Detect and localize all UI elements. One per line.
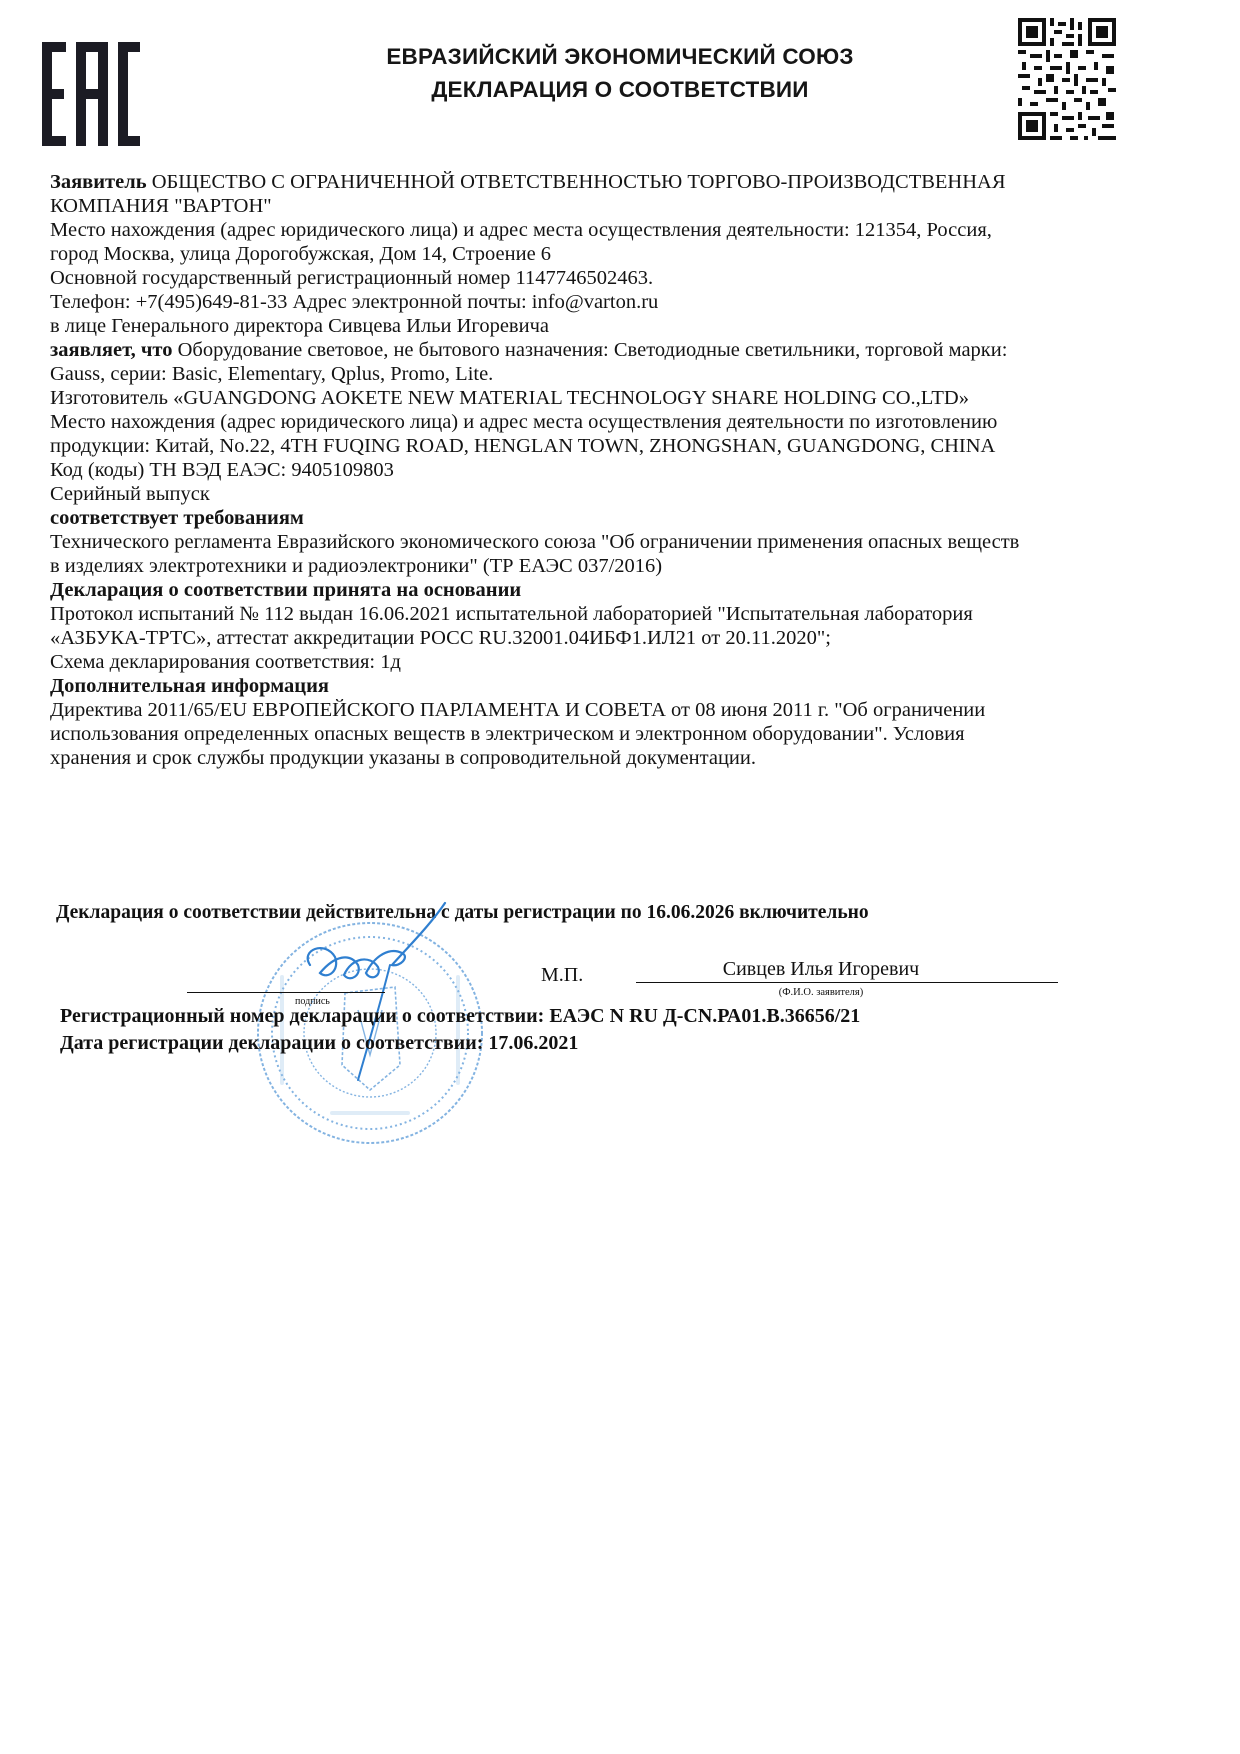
validity-statement: Декларация о соответствии действительна … <box>56 902 869 924</box>
applicant-representative: в лице Генерального директора Сивцева Ил… <box>50 314 1170 338</box>
basis-heading: Декларация о соответствии принята на осн… <box>50 578 1170 602</box>
basis-protocol-cont: «АЗБУКА-ТРТС», аттестат аккредитации РОС… <box>50 626 1170 650</box>
product-description: Оборудование световое, не бытового назна… <box>172 339 1007 361</box>
applicant-contacts: Телефон: +7(495)649-81-33 Адрес электрон… <box>50 290 1170 314</box>
signer-name: Сивцев Илья Игоревич <box>636 958 1006 981</box>
registration-date: Дата регистрации декларации о соответств… <box>60 1032 578 1055</box>
applicant-label: Заявитель <box>50 171 147 193</box>
signer-label: (Ф.И.О. заявителя) <box>636 987 1006 998</box>
hs-code: Код (коды) ТН ВЭД ЕАЭС: 9405109803 <box>50 458 1170 482</box>
signer-name-line <box>636 982 1058 983</box>
production-type: Серийный выпуск <box>50 482 1170 506</box>
document-header: ЕВРАЗИЙСКИЙ ЭКОНОМИЧЕСКИЙ СОЮЗ ДЕКЛАРАЦИ… <box>320 40 920 106</box>
applicant-address-cont: город Москва, улица Дорогобужская, Дом 1… <box>50 242 1170 266</box>
eac-logo-icon <box>42 42 140 146</box>
applicant-line: Заявитель ОБЩЕСТВО С ОГРАНИЧЕННОЙ ОТВЕТС… <box>50 170 1170 194</box>
compliance-text: Технического регламента Евразийского эко… <box>50 530 1170 554</box>
additional-text-end: хранения и срок службы продукции указаны… <box>50 746 1170 770</box>
basis-protocol: Протокол испытаний № 112 выдан 16.06.202… <box>50 602 1170 626</box>
additional-text: Директива 2011/65/EU ЕВРОПЕЙСКОГО ПАРЛАМ… <box>50 698 1170 722</box>
applicant-address: Место нахождения (адрес юридического лиц… <box>50 218 1170 242</box>
compliance-heading: соответствует требованиям <box>50 506 1170 530</box>
qr-code-icon <box>1018 18 1116 140</box>
additional-heading: Дополнительная информация <box>50 674 1170 698</box>
additional-text-cont: использования определенных опасных вещес… <box>50 722 1170 746</box>
manufacturer-address-cont: продукции: Китай, No.22, 4TH FUQING ROAD… <box>50 434 1170 458</box>
declaration-body: Заявитель ОБЩЕСТВО С ОГРАНИЧЕННОЙ ОТВЕТС… <box>50 170 1170 770</box>
manufacturer: Изготовитель «GUANGDONG AOKETE NEW MATER… <box>50 386 1170 410</box>
declares-label: заявляет, что <box>50 339 172 361</box>
product-series: Gauss, серии: Basic, Elementary, Qplus, … <box>50 362 1170 386</box>
declaration-scheme: Схема декларирования соответствия: 1д <box>50 650 1170 674</box>
applicant-ogrn: Основной государственный регистрационный… <box>50 266 1170 290</box>
applicant-name-cont: КОМПАНИЯ "ВАРТОН" <box>50 194 1170 218</box>
compliance-text-cont: в изделиях электротехники и радиоэлектро… <box>50 554 1170 578</box>
seal-label: М.П. <box>541 964 583 987</box>
applicant-name: ОБЩЕСТВО С ОГРАНИЧЕННОЙ ОТВЕТСТВЕННОСТЬЮ… <box>147 171 1006 193</box>
declares-line: заявляет, что Оборудование световое, не … <box>50 338 1170 362</box>
signature-line <box>187 992 385 993</box>
registration-number: Регистрационный номер декларации о соотв… <box>60 1005 860 1028</box>
union-title: ЕВРАЗИЙСКИЙ ЭКОНОМИЧЕСКИЙ СОЮЗ <box>320 40 920 73</box>
document-title: ДЕКЛАРАЦИЯ О СООТВЕТСТВИИ <box>320 73 920 106</box>
manufacturer-address: Место нахождения (адрес юридического лиц… <box>50 410 1170 434</box>
